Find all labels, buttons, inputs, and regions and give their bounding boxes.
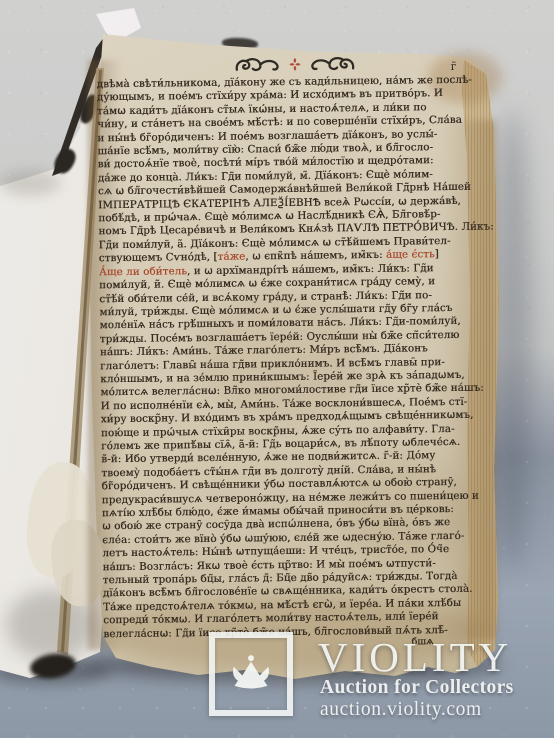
text-lines: двѣма̀ свѣти́льникома, дїа́кону же съ ка… (97, 74, 476, 642)
page-text: г̃ двѣма̀ свѣти́льникома, дїа́кону же съ… (96, 56, 475, 661)
headpiece-ornament (214, 57, 374, 75)
book-side-shadow (492, 110, 532, 570)
crown-icon (225, 652, 277, 696)
photo-of-antique-book: г̃ двѣма̀ свѣти́льникома, дїа́кону же съ… (0, 0, 554, 738)
watermark-logo (209, 632, 293, 716)
stain (0, 170, 60, 196)
scroll-ornament-right-icon (309, 56, 355, 76)
red-cross-flower-icon (288, 56, 301, 75)
watermark-subtitle: Auction for Collectors (320, 678, 514, 698)
watermark-url: auction.violity.com (320, 700, 482, 720)
scroll-ornament-left-icon (234, 57, 280, 77)
folio-signature-mark: г̃ (451, 60, 457, 73)
watermark-title: VIOLITY (318, 637, 512, 678)
